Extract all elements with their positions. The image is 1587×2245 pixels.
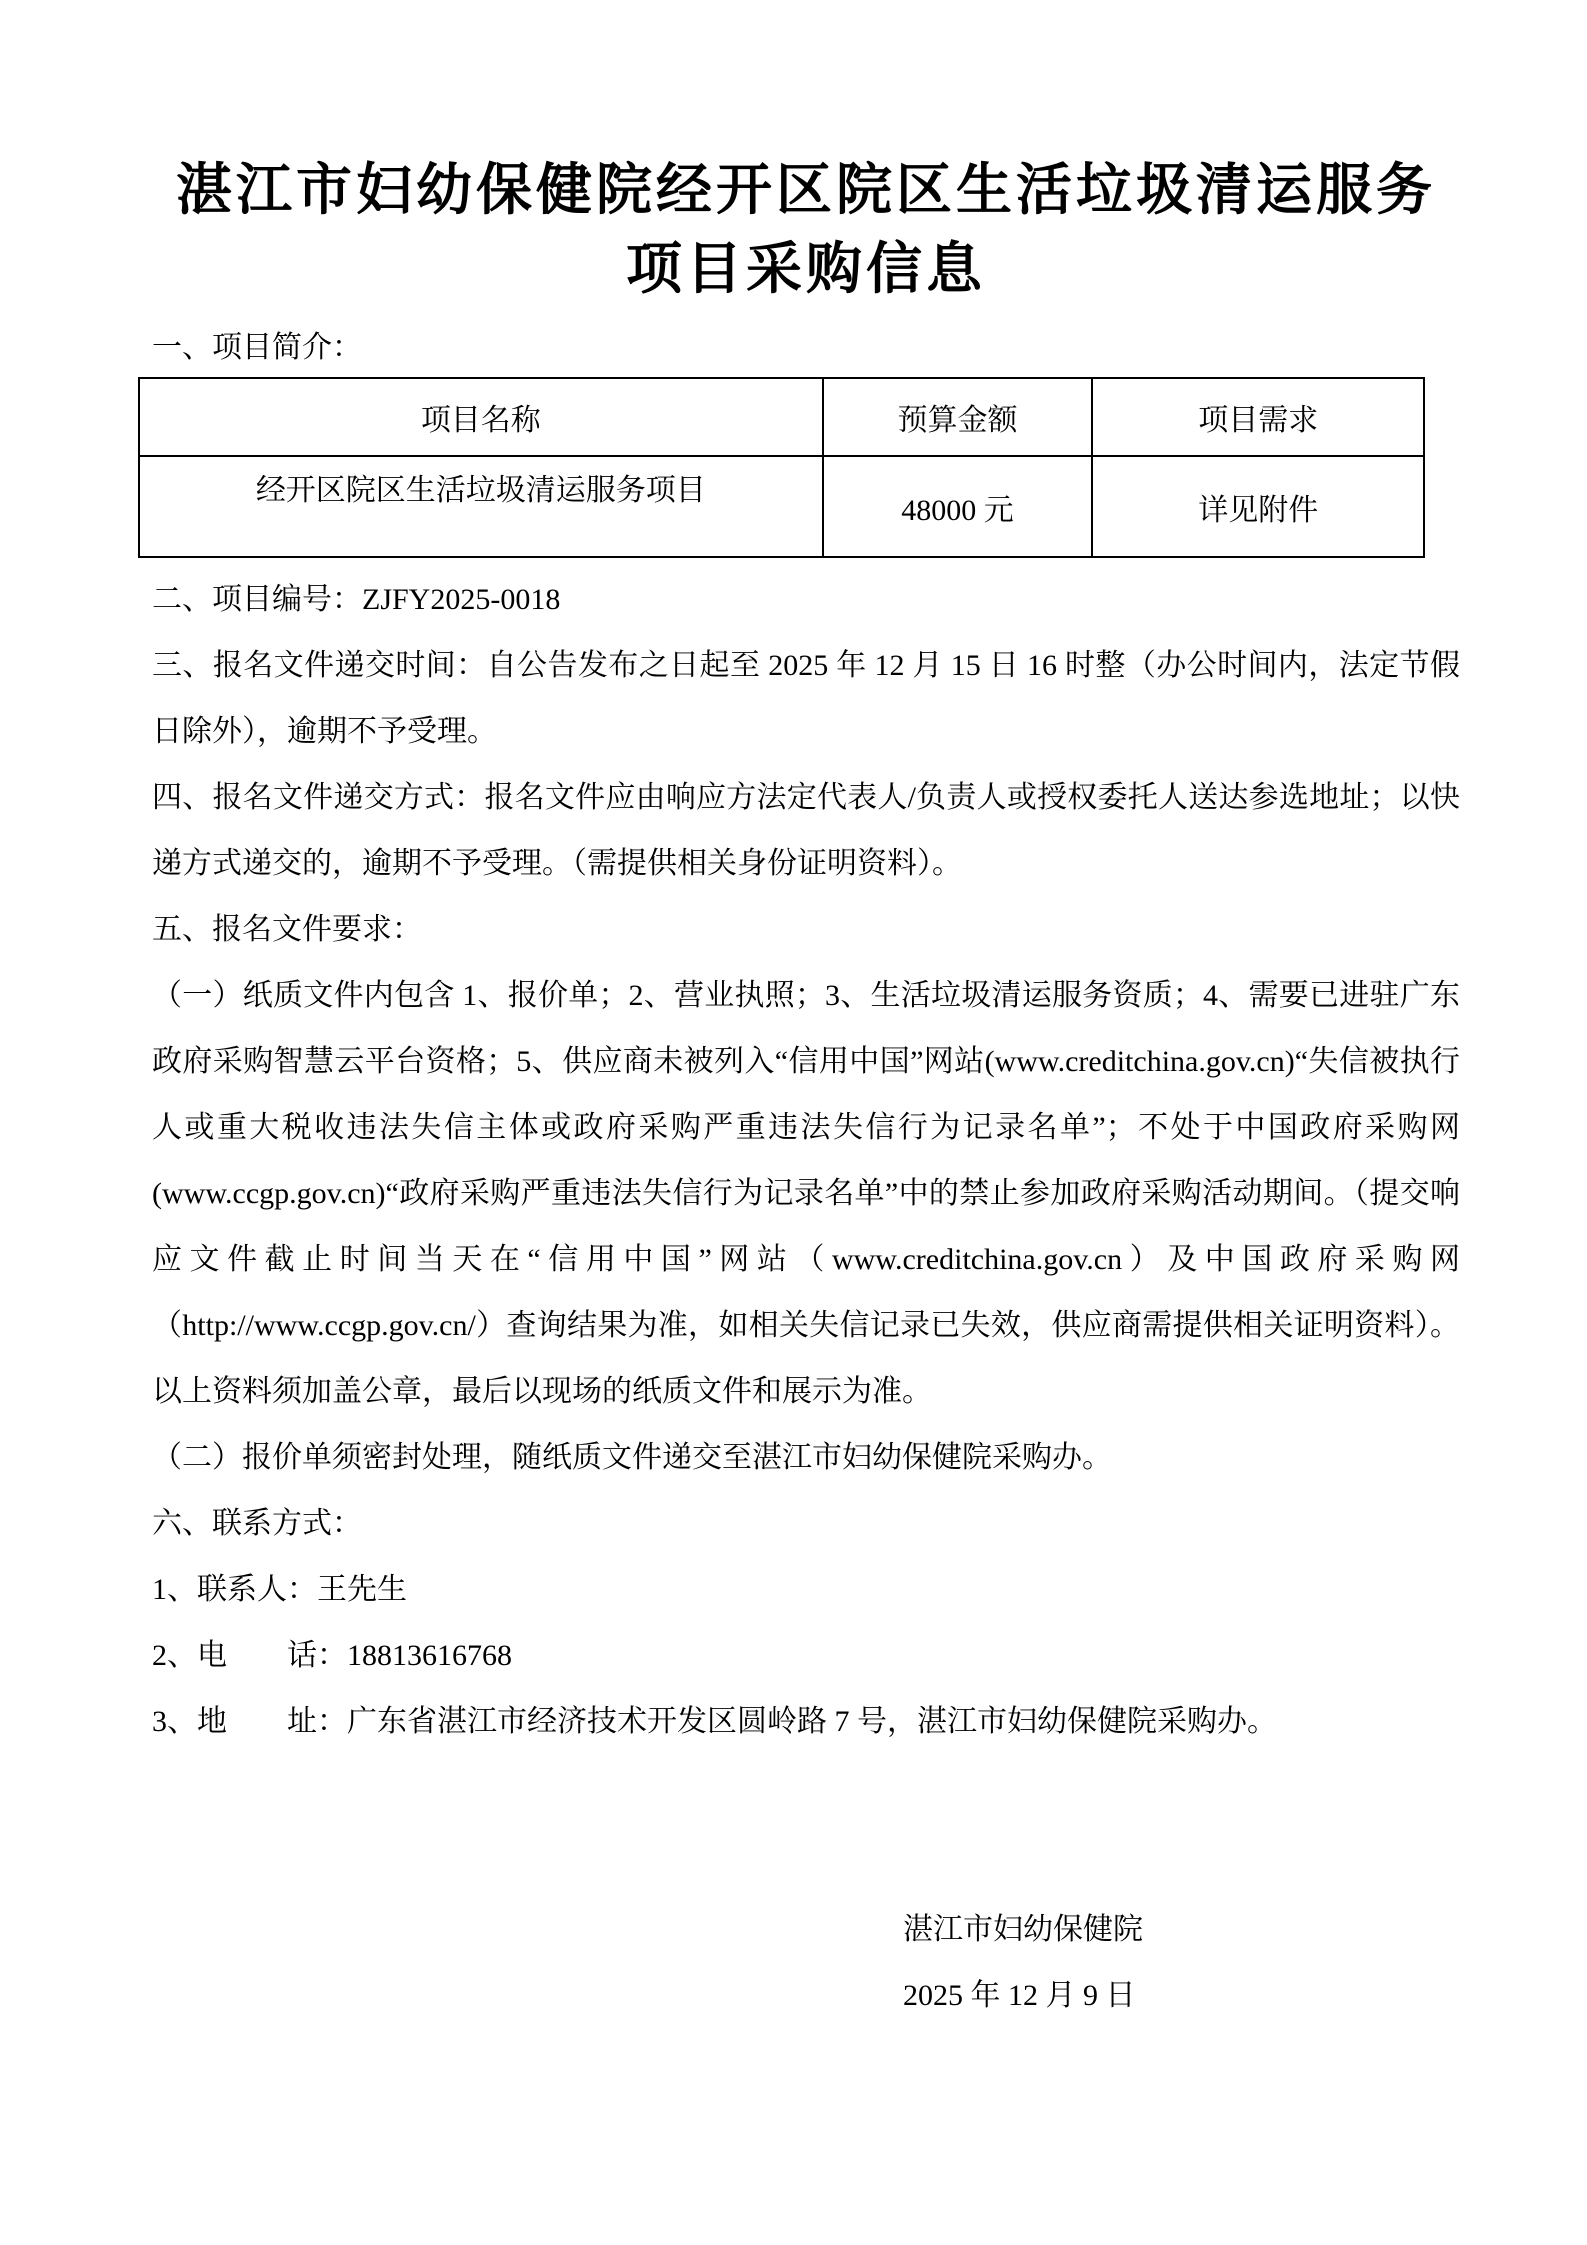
- section-contact-heading: 六、联系方式：: [152, 1491, 1460, 1557]
- cell-budget: 48000 元: [823, 456, 1093, 557]
- paragraph-project-number: 二、项目编号：ZJFY2025-0018: [152, 567, 1460, 633]
- section-requirements-heading: 五、报名文件要求：: [152, 897, 1460, 963]
- signature-org: 湛江市妇幼保健院: [903, 1897, 1143, 1963]
- paragraph-delivery-method: 四、报名文件递交方式：报名文件应由响应方法定代表人/负责人或授权委托人送达参选地…: [152, 765, 1460, 897]
- section-intro-heading: 一、项目简介：: [152, 315, 362, 381]
- document-page: 湛江市妇幼保健院经开区院区生活垃圾清运服务 项目采购信息 一、项目简介： 项目名…: [0, 0, 1587, 2245]
- signature-block: 湛江市妇幼保健院 2025 年 12 月 9 日: [903, 1897, 1143, 2029]
- paragraph-requirement-2: （二）报价单须密封处理，随纸质文件递交至湛江市妇幼保健院采购办。: [152, 1425, 1460, 1491]
- header-budget: 预算金额: [823, 378, 1093, 456]
- contact-phone-line: 2、电 话：18813616768: [152, 1623, 1460, 1689]
- contact-address-line: 3、地 址：广东省湛江市经济技术开发区圆岭路 7 号，湛江市妇幼保健院采购办。: [152, 1689, 1460, 1755]
- table-row: 经开区院区生活垃圾清运服务项目 48000 元 详见附件: [139, 456, 1424, 557]
- title-line-2: 项目采购信息: [152, 231, 1460, 310]
- table-header-row: 项目名称 预算金额 项目需求: [139, 378, 1424, 456]
- signature-date: 2025 年 12 月 9 日: [903, 1963, 1143, 2029]
- document-title: 湛江市妇幼保健院经开区院区生活垃圾清运服务 项目采购信息: [152, 152, 1460, 310]
- cell-project-name: 经开区院区生活垃圾清运服务项目: [139, 456, 823, 557]
- title-line-1: 湛江市妇幼保健院经开区院区生活垃圾清运服务: [152, 152, 1460, 231]
- cell-requirement: 详见附件: [1092, 456, 1424, 557]
- paragraph-requirement-1: （一）纸质文件内包含 1、报价单；2、营业执照；3、生活垃圾清运服务资质；4、需…: [152, 963, 1460, 1425]
- project-info-table: 项目名称 预算金额 项目需求 经开区院区生活垃圾清运服务项目 48000 元 详…: [138, 377, 1425, 558]
- header-requirement: 项目需求: [1092, 378, 1424, 456]
- contact-person-line: 1、联系人：王先生: [152, 1557, 1460, 1623]
- document-body: 二、项目编号：ZJFY2025-0018 三、报名文件递交时间：自公告发布之日起…: [152, 567, 1460, 1755]
- paragraph-deadline: 三、报名文件递交时间：自公告发布之日起至 2025 年 12 月 15 日 16…: [152, 633, 1460, 765]
- header-project-name: 项目名称: [139, 378, 823, 456]
